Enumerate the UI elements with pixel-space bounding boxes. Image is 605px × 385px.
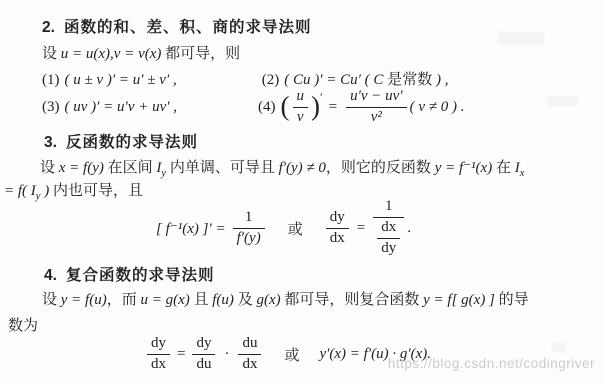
fraction-quotient-rule: u′v − uv′ v² <box>346 89 407 126</box>
formula-3-label: (3) <box>42 99 60 115</box>
section-4-heading: 4.复合函数的求导法则 <box>44 263 214 285</box>
paragraph-text: 内也可导，且 <box>49 183 143 199</box>
textbook-page: 2.函数的和、差、积、商的求导法则 设 u = u(x),v = v(x) 都可… <box>0 0 605 385</box>
section-3-number: 3. <box>44 134 57 151</box>
formula-4-label: (4) <box>258 99 276 116</box>
fraction-numerator: 1 <box>373 199 404 218</box>
section-3-title: 反函数的求导法则 <box>66 134 198 151</box>
math-close-paren: ) <box>40 183 49 199</box>
section-2-title: 函数的和、差、积、商的求导法则 <box>64 19 312 36</box>
paragraph-text: 在区间 <box>104 160 157 176</box>
fraction-dx-dy: dx dy <box>377 220 400 257</box>
dot-operator: · <box>224 346 229 363</box>
paragraph-text: 的导 <box>495 292 529 308</box>
fraction-numerator: 1 <box>233 210 265 229</box>
formula-4: (4) ( u v ) ′ = u′v − uv′ v² ( v ≠ 0 ) . <box>258 89 464 126</box>
fraction-denominator: dy <box>377 239 400 257</box>
fraction-denominator: v <box>293 108 309 126</box>
fraction-denominator: f′(y) <box>233 229 265 247</box>
fraction-denominator: dx <box>238 355 261 373</box>
fraction-1-over-fprime: 1 f′(y) <box>233 210 265 247</box>
section-4-paragraph-line-1: 设 y = f(u)，而 u = g(x) 且 f(u) 及 g(x) 都可导，… <box>42 288 529 309</box>
formula-3-body: ( uv )′ = u′v + uv′ , <box>65 99 178 115</box>
math-u-eq: u = u(x) <box>61 46 110 62</box>
math-u-eq-gx: u = g(x) <box>140 292 189 308</box>
math-fu: f(u) <box>212 292 234 308</box>
math-fprime-nonzero: f′(y) ≠ 0 <box>279 160 326 176</box>
fraction-denominator: du <box>192 355 215 373</box>
section-2-number: 2. <box>42 19 55 36</box>
section-3-paragraph-line-1: 设 x = f(y) 在区间 Iy 内单调、可导且 f′(y) ≠ 0，则它的反… <box>40 156 524 179</box>
math-y-eq-fu: y = f(u) <box>61 292 107 308</box>
fraction-denominator: dx dy <box>373 218 404 257</box>
paragraph-text: 在 <box>492 160 515 176</box>
or-connector: 或 <box>288 218 303 239</box>
section-4-paragraph-line-2: 数为 <box>8 314 38 335</box>
equals-sign: = <box>177 346 185 363</box>
fraction-1-over-dxdy: 1 dx dy <box>373 199 404 256</box>
fraction-denominator: dx <box>326 229 349 247</box>
math-x-eq-fy: x = f(y) <box>59 160 104 176</box>
fraction-numerator: dy <box>326 210 349 229</box>
math-inverse-function: y = f⁻¹(x) <box>435 160 493 176</box>
fraction-dy-du: dy du <box>192 336 215 373</box>
paragraph-text: 数为 <box>8 318 38 334</box>
paragraph-text: 设 <box>40 160 59 176</box>
inverse-function-formula: [ f⁻¹(x) ]′ = 1 f′(y) 或 dy dx = 1 dx dy … <box>0 200 605 256</box>
fraction-du-dx: du dx <box>238 336 261 373</box>
math-v-eq: v = v(x) <box>114 46 162 62</box>
fraction-denominator: dx <box>147 355 170 373</box>
paragraph-text: 内单调、可导且 <box>166 160 279 176</box>
paragraph-text: 设 <box>42 292 61 308</box>
fraction-dy-dx: dy dx <box>326 210 349 247</box>
csdn-watermark: https://blog.csdn.net/codingriver <box>388 356 595 371</box>
fraction-u-over-v: u v <box>293 89 309 126</box>
fraction-numerator: dx <box>377 220 400 239</box>
equals-sign: = <box>357 220 365 237</box>
math-f-of-I: = f( I <box>4 183 36 199</box>
section-2-heading: 2.函数的和、差、积、商的求导法则 <box>42 15 311 37</box>
section-2-intro: 设 u = u(x),v = v(x) 都可导，则 <box>42 42 240 63</box>
section-3-paragraph-line-2: = f( Iy ) 内也可导，且 <box>4 179 143 202</box>
formula-4-condition: ( v ≠ 0 ) . <box>410 99 465 116</box>
fraction-denominator: v² <box>346 108 407 126</box>
fraction-numerator: du <box>238 336 261 355</box>
paragraph-text: ，而 <box>107 292 141 308</box>
fraction-numerator: dy <box>192 336 215 355</box>
formula-lhs: [ f⁻¹(x) ]′ = <box>156 219 226 238</box>
fraction-numerator: dy <box>147 336 170 355</box>
formula-row-2: (3)( uv )′ = u′v + uv′ , (4) ( u v ) ′ =… <box>0 86 605 128</box>
math-gx: g(x) <box>256 292 280 308</box>
formula-3: (3)( uv )′ = u′v + uv′ , <box>42 99 258 116</box>
scan-artifact <box>498 32 544 45</box>
or-connector: 或 <box>284 344 299 365</box>
fraction-numerator: u′v − uv′ <box>346 89 407 108</box>
subscript-x: x <box>520 168 525 179</box>
section-4-title: 复合函数的求导法则 <box>66 267 215 284</box>
section-4-number: 4. <box>44 267 57 284</box>
paragraph-text: ，则它的反函数 <box>326 160 435 176</box>
intro-text: 设 <box>42 46 61 62</box>
equals-sign: = <box>329 99 337 116</box>
fraction-dy-dx: dy dx <box>147 336 170 373</box>
prime-mark: ′ <box>320 90 323 105</box>
paragraph-text: 且 <box>190 292 213 308</box>
paragraph-text: 都可导，则复合函数 <box>281 292 424 308</box>
paragraph-text: 及 <box>234 292 257 308</box>
math-composite: y = f[ g(x) ] <box>423 292 495 308</box>
intro-text-tail: 都可导，则 <box>161 46 240 62</box>
section-3-heading: 3.反函数的求导法则 <box>44 130 198 152</box>
period: . <box>407 220 411 237</box>
fraction-numerator: u <box>293 89 309 108</box>
